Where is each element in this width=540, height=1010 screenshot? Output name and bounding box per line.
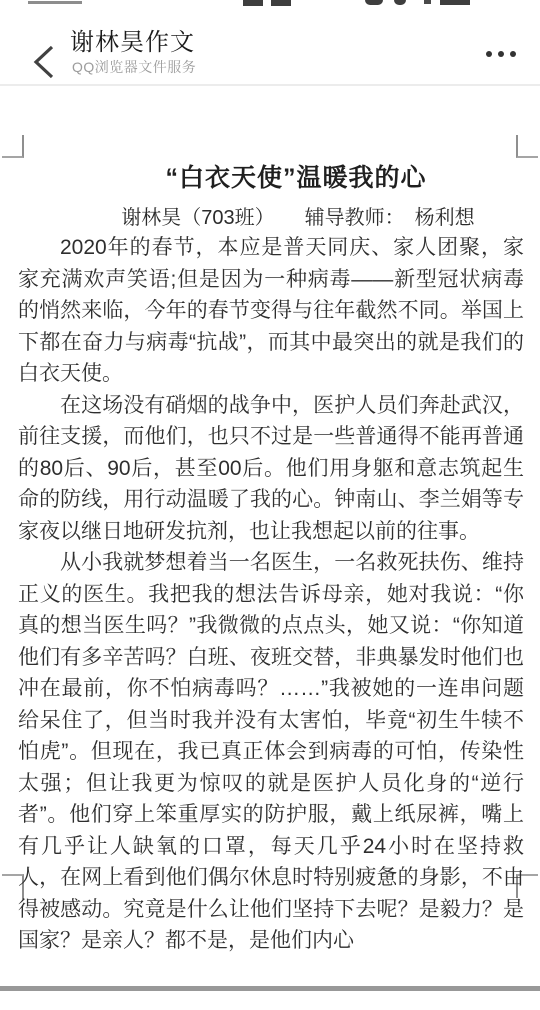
essay-paragraph: 在这场没有硝烟的战争中，医护人员们奔赴武汉，前往支援，而他们，也只不过是一些普通… [18,390,524,548]
chevron-left-icon [32,45,56,79]
essay-title: “白衣天使”温暖我的心 [0,158,540,194]
file-source-label: QQ浏览器文件服务 [72,57,196,77]
essay-body: 2020年的春节，本应是普天同庆、家人团聚，家家充满欢声笑语;但是因为一种病毒—… [18,232,524,957]
file-viewer-header: 谢林昊作文 QQ浏览器文件服务 [0,8,540,84]
essay-paragraph: 2020年的春节，本应是普天同庆、家人团聚，家家充满欢声笑语;但是因为一种病毒—… [18,232,524,390]
back-button[interactable] [26,38,62,84]
more-dots-icon [510,51,516,57]
clock-fragment [243,0,263,6]
more-menu-button[interactable] [472,40,516,68]
alarm-icon [424,0,431,4]
wifi-icon [394,0,406,5]
more-dots-icon [498,51,504,57]
essay-byline: 谢林昊（703班） 辅导教师： 杨利想 [0,201,540,230]
page-separator-bar [0,986,540,991]
clock-fragment [271,0,291,6]
signal-icon [365,0,383,5]
battery-icon [440,0,470,5]
app-screen: 谢林昊作文 QQ浏览器文件服务 “白衣天使”温暖我的心 谢林昊（703班） 辅导… [0,0,540,1010]
document-page[interactable]: “白衣天使”温暖我的心 谢林昊（703班） 辅导教师： 杨利想 2020年的春节… [0,86,540,986]
essay-paragraph: 从小我就梦想着当一名医生，一名救死扶伤、维持正义的医生。我把我的想法告诉母亲，她… [18,547,524,957]
carrier-text-fragment [28,1,82,4]
page-corner-mark-top-left [2,135,24,158]
page-corner-mark-top-right [516,135,538,158]
more-dots-icon [486,51,492,57]
file-title: 谢林昊作文 [70,22,195,57]
